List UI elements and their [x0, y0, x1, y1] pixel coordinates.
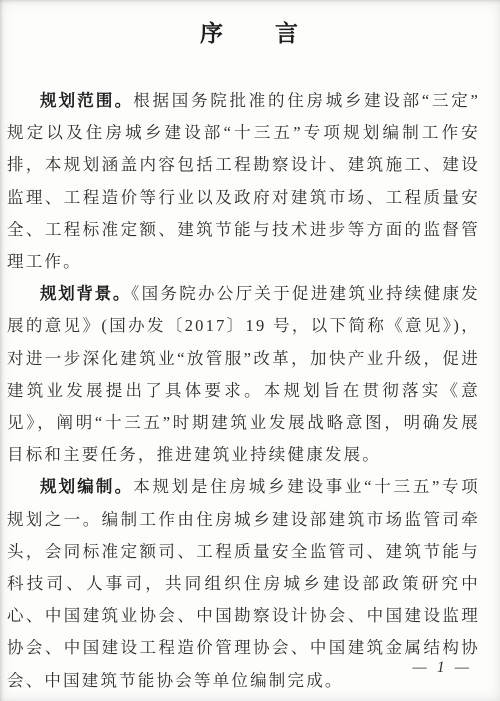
paragraph-background-lead: 规划背景。 — [40, 285, 131, 303]
document-body: 规划范围。根据国务院批准的住房城乡建设部“三定”规定以及住房城乡建设部“十三五”… — [0, 85, 500, 697]
paragraph-compilation-lead: 规划编制。 — [40, 478, 133, 496]
paragraph-background-text: 《国务院办公厅关于促进建筑业持续健康发展的意见》(国办发〔2017〕19 号，以… — [7, 284, 480, 464]
paragraph-background: 规划背景。《国务院办公厅关于促进建筑业持续健康发展的意见》(国办发〔2017〕1… — [7, 278, 480, 471]
paragraph-scope-lead: 规划范围。 — [40, 92, 133, 110]
paragraph-compilation: 规划编制。本规划是住房城乡建设事业“十三五”专项规划之一。编制工作由住房城乡建设… — [7, 471, 480, 696]
paragraph-scope: 规划范围。根据国务院批准的住房城乡建设部“三定”规定以及住房城乡建设部“十三五”… — [7, 85, 480, 278]
document-page: 序 言 规划范围。根据国务院批准的住房城乡建设部“三定”规定以及住房城乡建设部“… — [0, 0, 500, 701]
page-title: 序 言 — [0, 0, 500, 48]
paragraph-scope-text: 根据国务院批准的住房城乡建设部“三定”规定以及住房城乡建设部“十三五”专项规划编… — [7, 91, 480, 271]
paragraph-compilation-text: 本规划是住房城乡建设事业“十三五”专项规划之一。编制工作由住房城乡建设部建筑市场… — [7, 477, 480, 689]
page-number: — 1 — — [413, 659, 472, 677]
